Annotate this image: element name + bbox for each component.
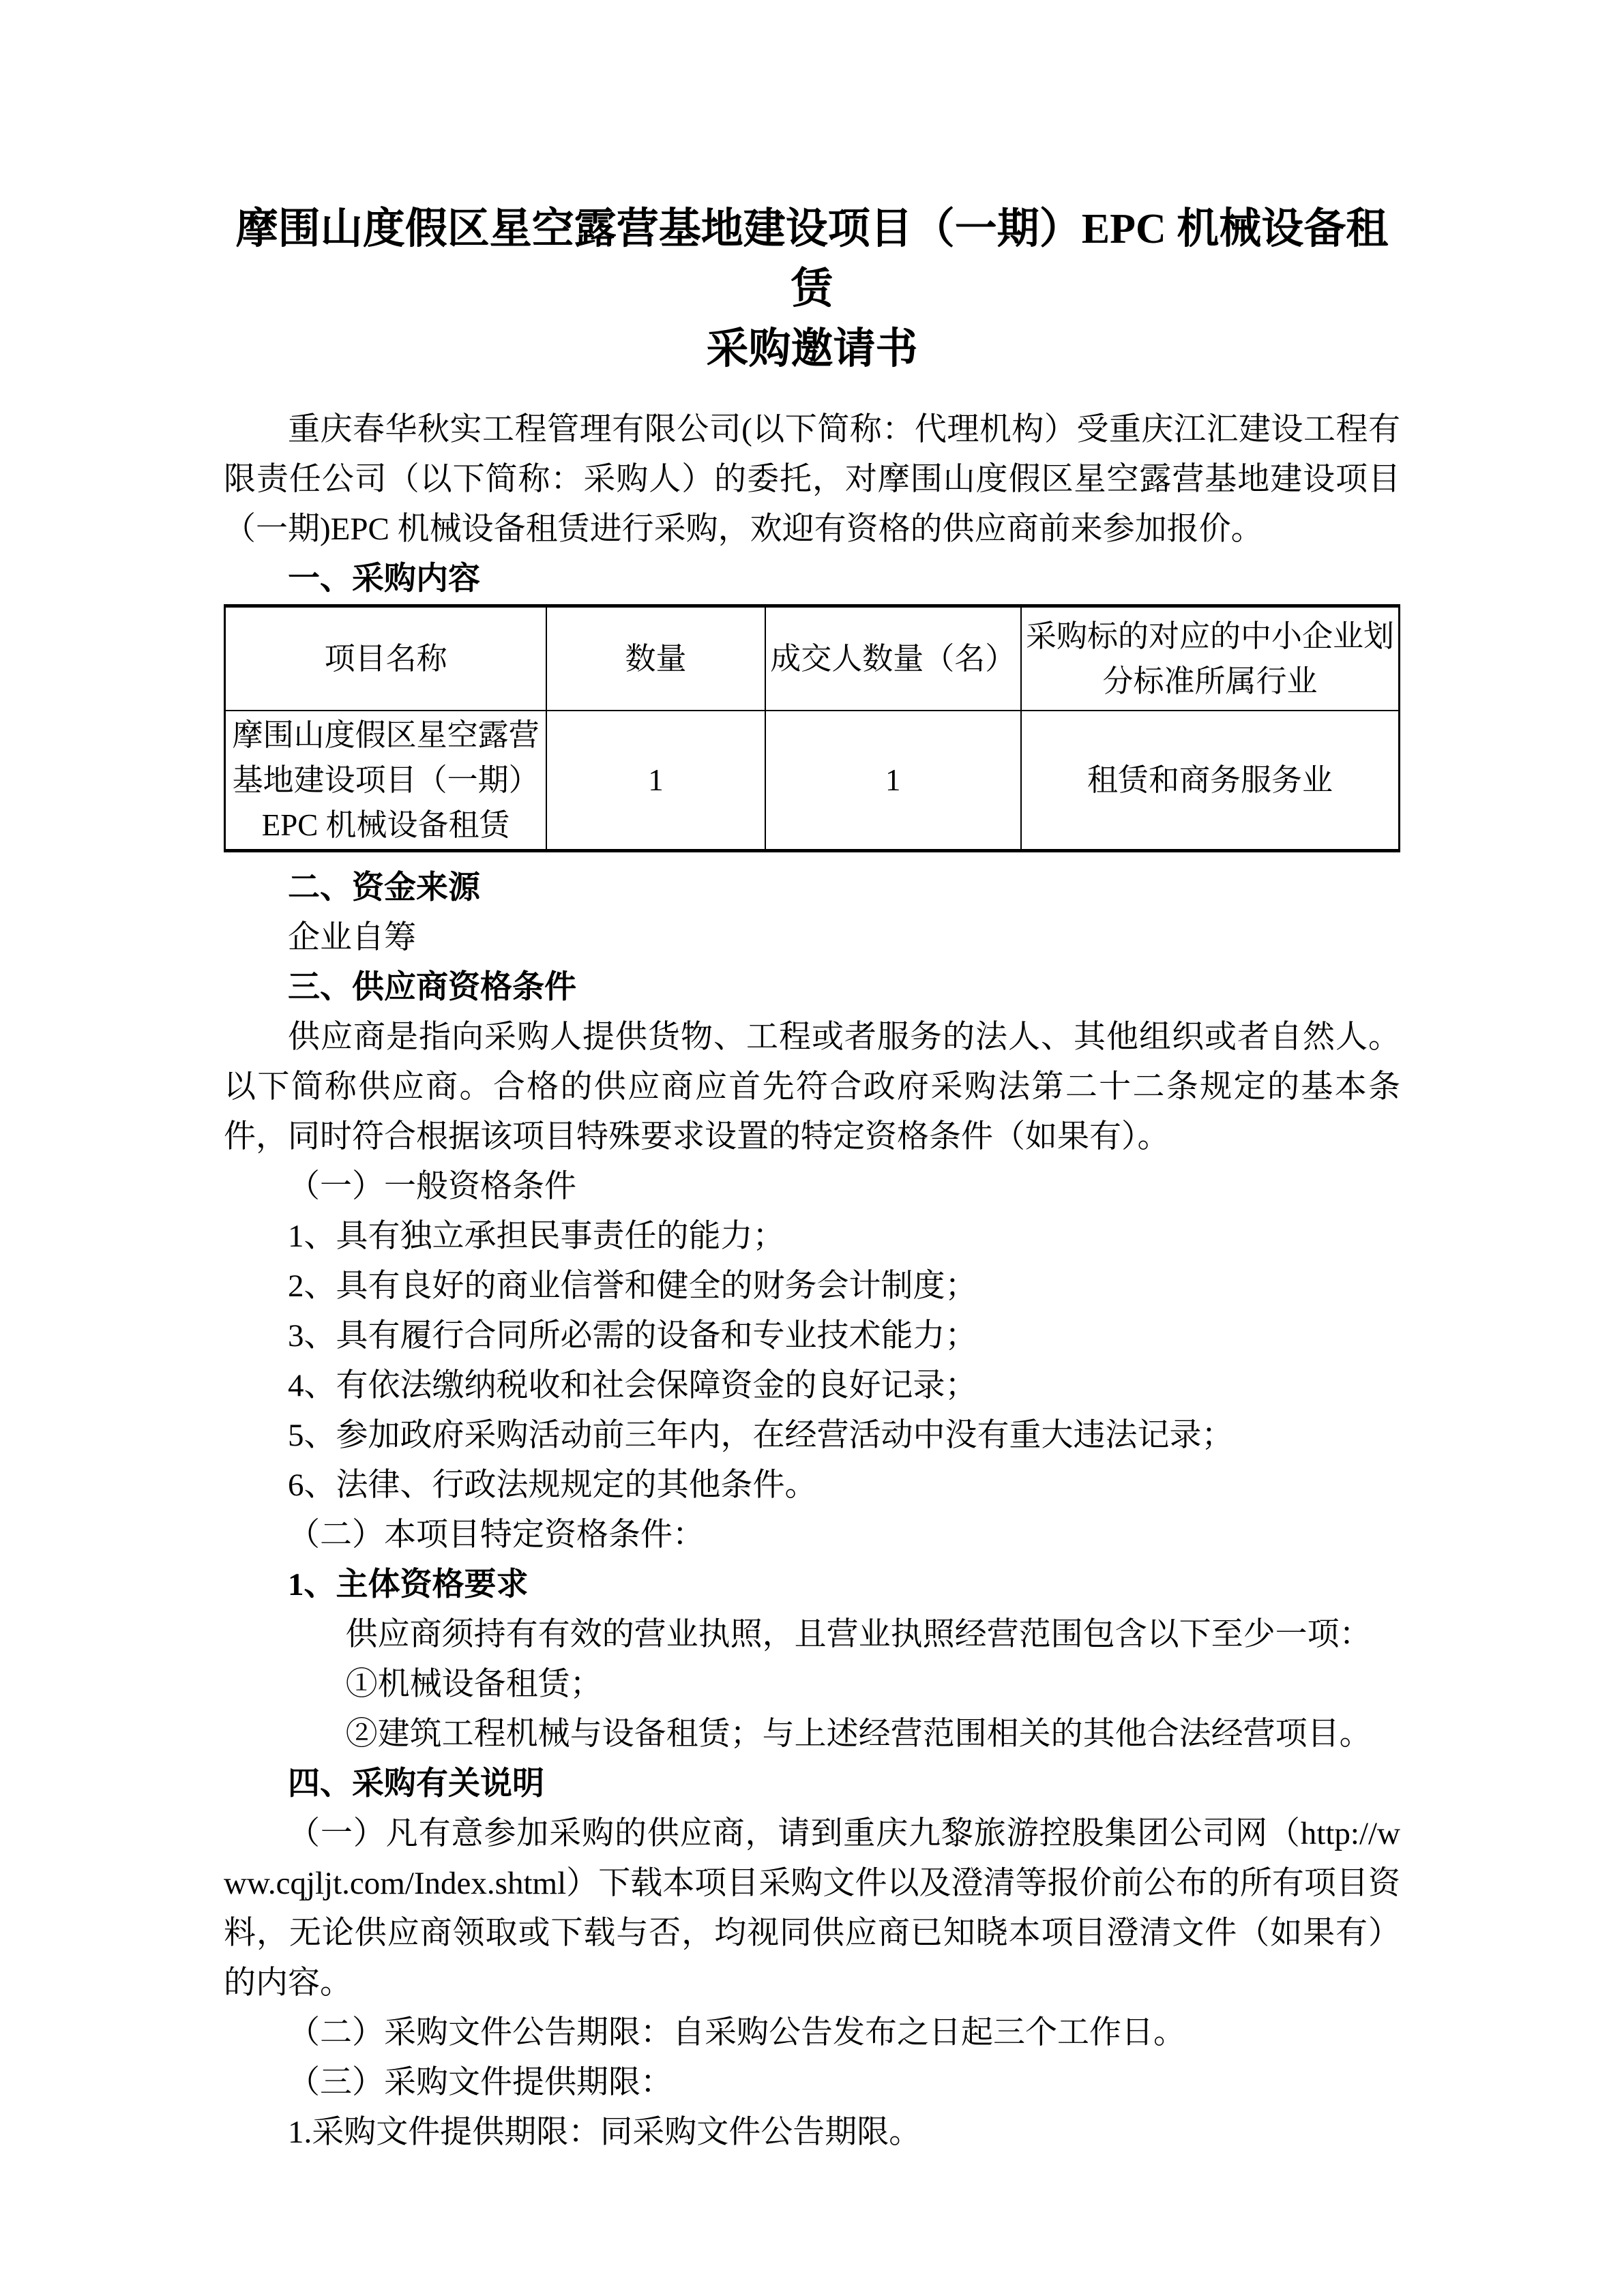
paragraph-download-instructions: （一）凡有意参加采购的供应商，请到重庆九黎旅游控股集团公司网（http://ww… bbox=[224, 1809, 1400, 2008]
subheading-general-qualification: （一）一般资格条件 bbox=[224, 1162, 1400, 1212]
list-item-qualification-2: 2、具有良好的商业信誉和健全的财务会计制度； bbox=[224, 1262, 1400, 1311]
table-header-winner-count: 成交人数量（名） bbox=[765, 606, 1021, 711]
document-title: 摩围山度假区星空露营基地建设项目（一期）EPC 机械设备租赁 采购邀请书 bbox=[224, 199, 1400, 379]
subheading-subject-qualification: 1、主体资格要求 bbox=[224, 1560, 1400, 1610]
table-header-row: 项目名称 数量 成交人数量（名） 采购标的对应的中小企业划分标准所属行业 bbox=[225, 606, 1400, 711]
paragraph-supplier-definition: 供应商是指向采购人提供货物、工程或者服务的法人、其他组织或者自然人。以下简称供应… bbox=[224, 1013, 1400, 1162]
table-header-quantity: 数量 bbox=[546, 606, 765, 711]
section-heading-supplier-qualification: 三、供应商资格条件 bbox=[224, 963, 1400, 1013]
paragraph-provision-period-detail: 1.采购文件提供期限：同采购文件公告期限。 bbox=[224, 2108, 1400, 2158]
table-cell-project-name: 摩围山度假区星空露营基地建设项目（一期）EPC 机械设备租赁 bbox=[225, 711, 547, 851]
table-cell-quantity: 1 bbox=[546, 711, 765, 851]
subheading-document-provision-period: （三）采购文件提供期限： bbox=[224, 2058, 1400, 2108]
paragraph-business-license-requirement: 供应商须持有有效的营业执照，且营业执照经营范围包含以下至少一项： bbox=[224, 1610, 1400, 1660]
list-item-qualification-1: 1、具有独立承担民事责任的能力； bbox=[224, 1212, 1400, 1262]
section-heading-procurement-content: 一、采购内容 bbox=[224, 554, 1400, 604]
table-cell-winner-count: 1 bbox=[765, 711, 1021, 851]
section-heading-procurement-notes: 四、采购有关说明 bbox=[224, 1759, 1400, 1809]
list-item-scope-2: ②建筑工程机械与设备租赁；与上述经营范围相关的其他合法经营项目。 bbox=[224, 1710, 1400, 1759]
paragraph-announcement-period: （二）采购文件公告期限：自采购公告发布之日起三个工作日。 bbox=[224, 2008, 1400, 2058]
subheading-specific-qualification: （二）本项目特定资格条件： bbox=[224, 1510, 1400, 1560]
intro-paragraph: 重庆春华秋实工程管理有限公司(以下简称：代理机构）受重庆江汇建设工程有限责任公司… bbox=[224, 405, 1400, 554]
list-item-qualification-3: 3、具有履行合同所必需的设备和专业技术能力； bbox=[224, 1311, 1400, 1361]
table-header-sme-industry: 采购标的对应的中小企业划分标准所属行业 bbox=[1021, 606, 1400, 711]
document-page: 摩围山度假区星空露营基地建设项目（一期）EPC 机械设备租赁 采购邀请书 重庆春… bbox=[0, 0, 1624, 2296]
list-item-scope-1: ①机械设备租赁； bbox=[224, 1660, 1400, 1710]
document-title-line1: 摩围山度假区星空露营基地建设项目（一期）EPC 机械设备租赁 bbox=[224, 199, 1400, 319]
document-title-line2: 采购邀请书 bbox=[224, 319, 1400, 379]
table-header-project-name: 项目名称 bbox=[225, 606, 547, 711]
list-item-qualification-5: 5、参加政府采购活动前三年内，在经营活动中没有重大违法记录； bbox=[224, 1411, 1400, 1461]
paragraph-funding-source-value: 企业自筹 bbox=[224, 913, 1400, 963]
procurement-content-table: 项目名称 数量 成交人数量（名） 采购标的对应的中小企业划分标准所属行业 摩围山… bbox=[224, 604, 1400, 852]
table-cell-sme-industry: 租赁和商务服务业 bbox=[1021, 711, 1400, 851]
list-item-qualification-6: 6、法律、行政法规规定的其他条件。 bbox=[224, 1461, 1400, 1510]
section-heading-funding-source: 二、资金来源 bbox=[224, 863, 1400, 913]
table-row: 摩围山度假区星空露营基地建设项目（一期）EPC 机械设备租赁 1 1 租赁和商务… bbox=[225, 711, 1400, 851]
list-item-qualification-4: 4、有依法缴纳税收和社会保障资金的良好记录； bbox=[224, 1361, 1400, 1411]
